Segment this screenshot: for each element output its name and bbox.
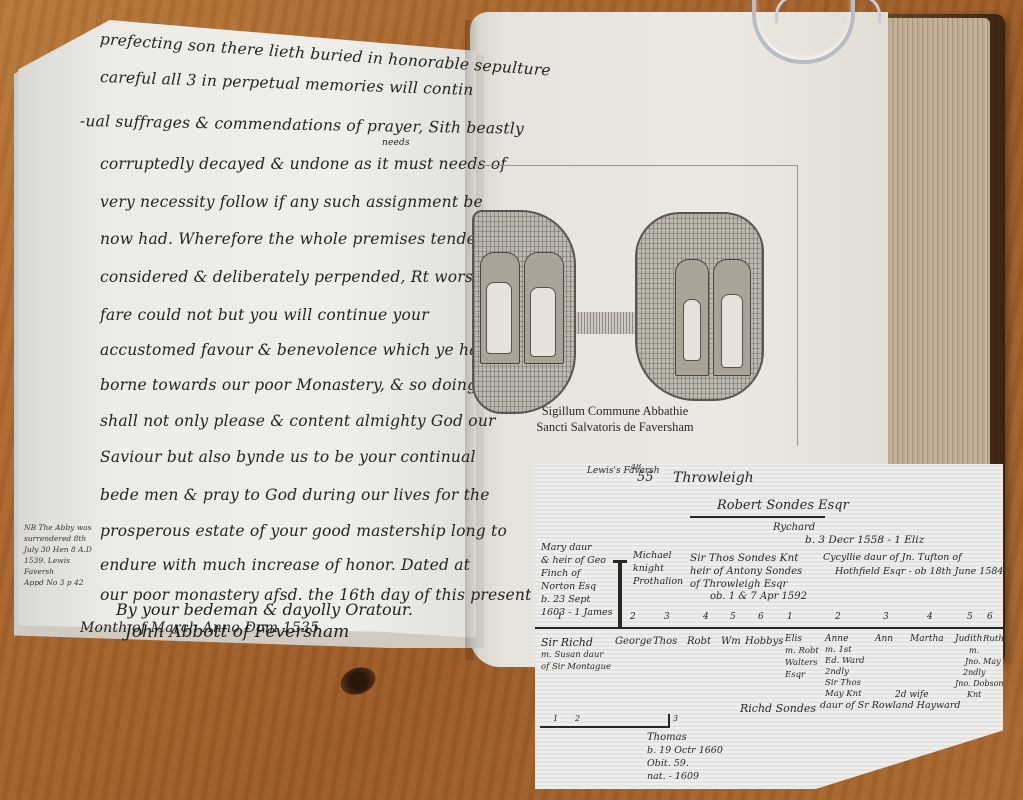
lower-lineage-line (540, 726, 670, 728)
caption-line: Sancti Salvatoris de Faversham (515, 419, 715, 435)
genealogy-slip: Lewis's Faversh 48 55 Throwleigh Robert … (535, 464, 1003, 789)
children-line (535, 627, 1003, 629)
michael-line: Michael (633, 550, 672, 561)
anne-note: Sir Thos (825, 678, 861, 688)
child-hobbys: Hobbys (745, 636, 783, 647)
letter-closing: By your bedeman & dayolly Oratour. (116, 600, 413, 619)
letter-line: fare could not but you will continue you… (100, 306, 429, 324)
letter-line: now had. Wherefore the whole premises te… (100, 230, 498, 248)
child-number: 5 (730, 612, 736, 622)
elis-note: Esqr (785, 670, 805, 680)
letter-signature: John Abbott of Feversham (125, 622, 349, 642)
child-thomas: Thos (653, 636, 677, 647)
letter-line: endure with much increase of honor. Date… (100, 556, 470, 574)
anne-note: 2ndly (825, 667, 849, 677)
daughter-judith: Judith (955, 634, 982, 644)
seated-figure (486, 282, 512, 354)
daughter-number: 2 (835, 612, 841, 622)
letter-line: bede men & pray to God during our lives … (100, 486, 490, 504)
cycyllie-tufton: Cycyllie daur of Jn. Tufton of (823, 552, 962, 563)
sir-thomas-sondes: Sir Thos Sondes Knt (690, 552, 799, 564)
margin-note-line: Appd No 3 p 42 (24, 577, 102, 588)
letter-line: borne towards our poor Monastery, & so d… (100, 376, 501, 394)
heading-number: 55 (637, 470, 654, 485)
michael-line: Prothalion (633, 576, 683, 587)
seated-figure (530, 287, 556, 357)
engraving-wall (572, 312, 638, 334)
thomas-line: Thomas (647, 732, 687, 743)
daughter-number: 1 (787, 612, 793, 622)
sir-richard-note: m. Susan daur (541, 650, 603, 660)
letter-line: prosperous estate of your good mastershi… (100, 522, 507, 540)
judith-note: Knt (967, 690, 981, 699)
lower-number: 1 (553, 714, 558, 723)
mary-line: 1603 - 1 James (541, 607, 612, 618)
elis-note: m. Robt (785, 646, 819, 656)
child-number: 3 (664, 612, 670, 622)
daughter-martha: Martha (910, 634, 944, 644)
child-number: 6 (758, 612, 764, 622)
letter-line: corruptedly decayed & undone as it must … (100, 155, 506, 173)
daughter-ruth: Ruth (983, 634, 1004, 644)
lower-number: 3 (673, 714, 678, 723)
elis-note: Walters (785, 658, 818, 668)
mary-line: & heir of Geo (541, 555, 606, 566)
cycyllie-line2: Hothfield Esqr - ob 18th June 1584 (835, 566, 1003, 577)
daughter-anne: Anne (825, 634, 848, 644)
richard-sondes: Richd Sondes (740, 702, 816, 715)
margin-note-line: 1539. Lewis Faversh (24, 555, 102, 577)
judith-note: Jno. Dobson (955, 679, 1004, 688)
heading-place: Throwleigh (673, 470, 754, 486)
daughter-number: 6 (987, 612, 993, 622)
seal-right-engraving (635, 212, 764, 401)
margin-note-line: surrendered 8th (24, 533, 102, 544)
lower-number: 2 (575, 714, 580, 723)
sir-richard-note: of Sir Montague (541, 662, 611, 672)
standing-figure (683, 299, 701, 361)
michael-line: knight (633, 563, 664, 574)
thomas-line: b. 19 Octr 1660 (647, 745, 723, 756)
child-number: 1 (557, 612, 563, 622)
engraving-caption: Sigillum Commune Abbathie Sancti Salvato… (515, 403, 715, 435)
interlinear-note: needs (382, 138, 410, 148)
mary-line: b. 23 Sept (541, 594, 590, 605)
robert-sondes: Robert Sondes Esqr (717, 498, 849, 513)
margin-note-line: NB The Abby was (24, 522, 102, 533)
thomas-line: Obit. 59. (647, 758, 689, 769)
anne-note: Ed. Ward (825, 656, 865, 666)
child-robert: Robt (687, 636, 711, 647)
sir-thomas-line2: heir of Antony Sondes (690, 566, 802, 577)
letter-line: considered & deliberately perpended, Rt … (100, 268, 520, 286)
daughter-ann: Ann (875, 634, 893, 644)
child-george: George (615, 636, 652, 647)
daughter-elis: Elis (785, 634, 802, 644)
second-wife-label: 2d wife (895, 690, 929, 700)
rychard-born: b. 3 Decr 1558 - 1 Eliz (805, 534, 924, 546)
richard-spouse: daur of Sr Rowland Hayward (820, 700, 960, 711)
lineage-line (690, 516, 825, 518)
sir-thomas-line3: of Throwleigh Esqr (690, 579, 787, 590)
descent-line (618, 562, 622, 628)
standing-figure (721, 294, 743, 368)
letter-line: Saviour but also bynde us to be your con… (100, 448, 476, 466)
lower-descent-line (668, 714, 670, 728)
anne-note: May Knt (825, 689, 862, 699)
judith-note: Jno. May (965, 657, 1001, 666)
mary-line: Norton Esq (541, 581, 596, 592)
rychard: Rychard (773, 522, 815, 533)
thomas-line: nat. - 1609 (647, 771, 699, 782)
judith-note: 2ndly (963, 668, 985, 677)
anne-note: m. 1st (825, 645, 852, 655)
margin-note-line: July 30 Hen 8 A.D (24, 544, 102, 555)
mary-line: Mary daur (541, 542, 592, 553)
daughter-number: 3 (883, 612, 889, 622)
child-william: Wm (721, 636, 741, 647)
letter-line: very necessity follow if any such assign… (100, 193, 483, 211)
child-sir-richard: Sir Richd (541, 636, 593, 649)
mary-line: Finch of (541, 568, 580, 579)
letter-line: shall not only please & content almighty… (100, 412, 496, 430)
child-number: 4 (703, 612, 709, 622)
daughter-number: 5 (967, 612, 973, 622)
daughter-number: 4 (927, 612, 933, 622)
child-number: 2 (630, 612, 636, 622)
judith-note: m. (969, 646, 979, 655)
margin-note: NB The Abby was surrendered 8th July 30 … (24, 522, 102, 588)
seal-left-engraving (472, 210, 576, 414)
sir-thomas-died: ob. 1 & 7 Apr 1592 (710, 591, 807, 602)
caption-line: Sigillum Commune Abbathie (515, 403, 715, 419)
